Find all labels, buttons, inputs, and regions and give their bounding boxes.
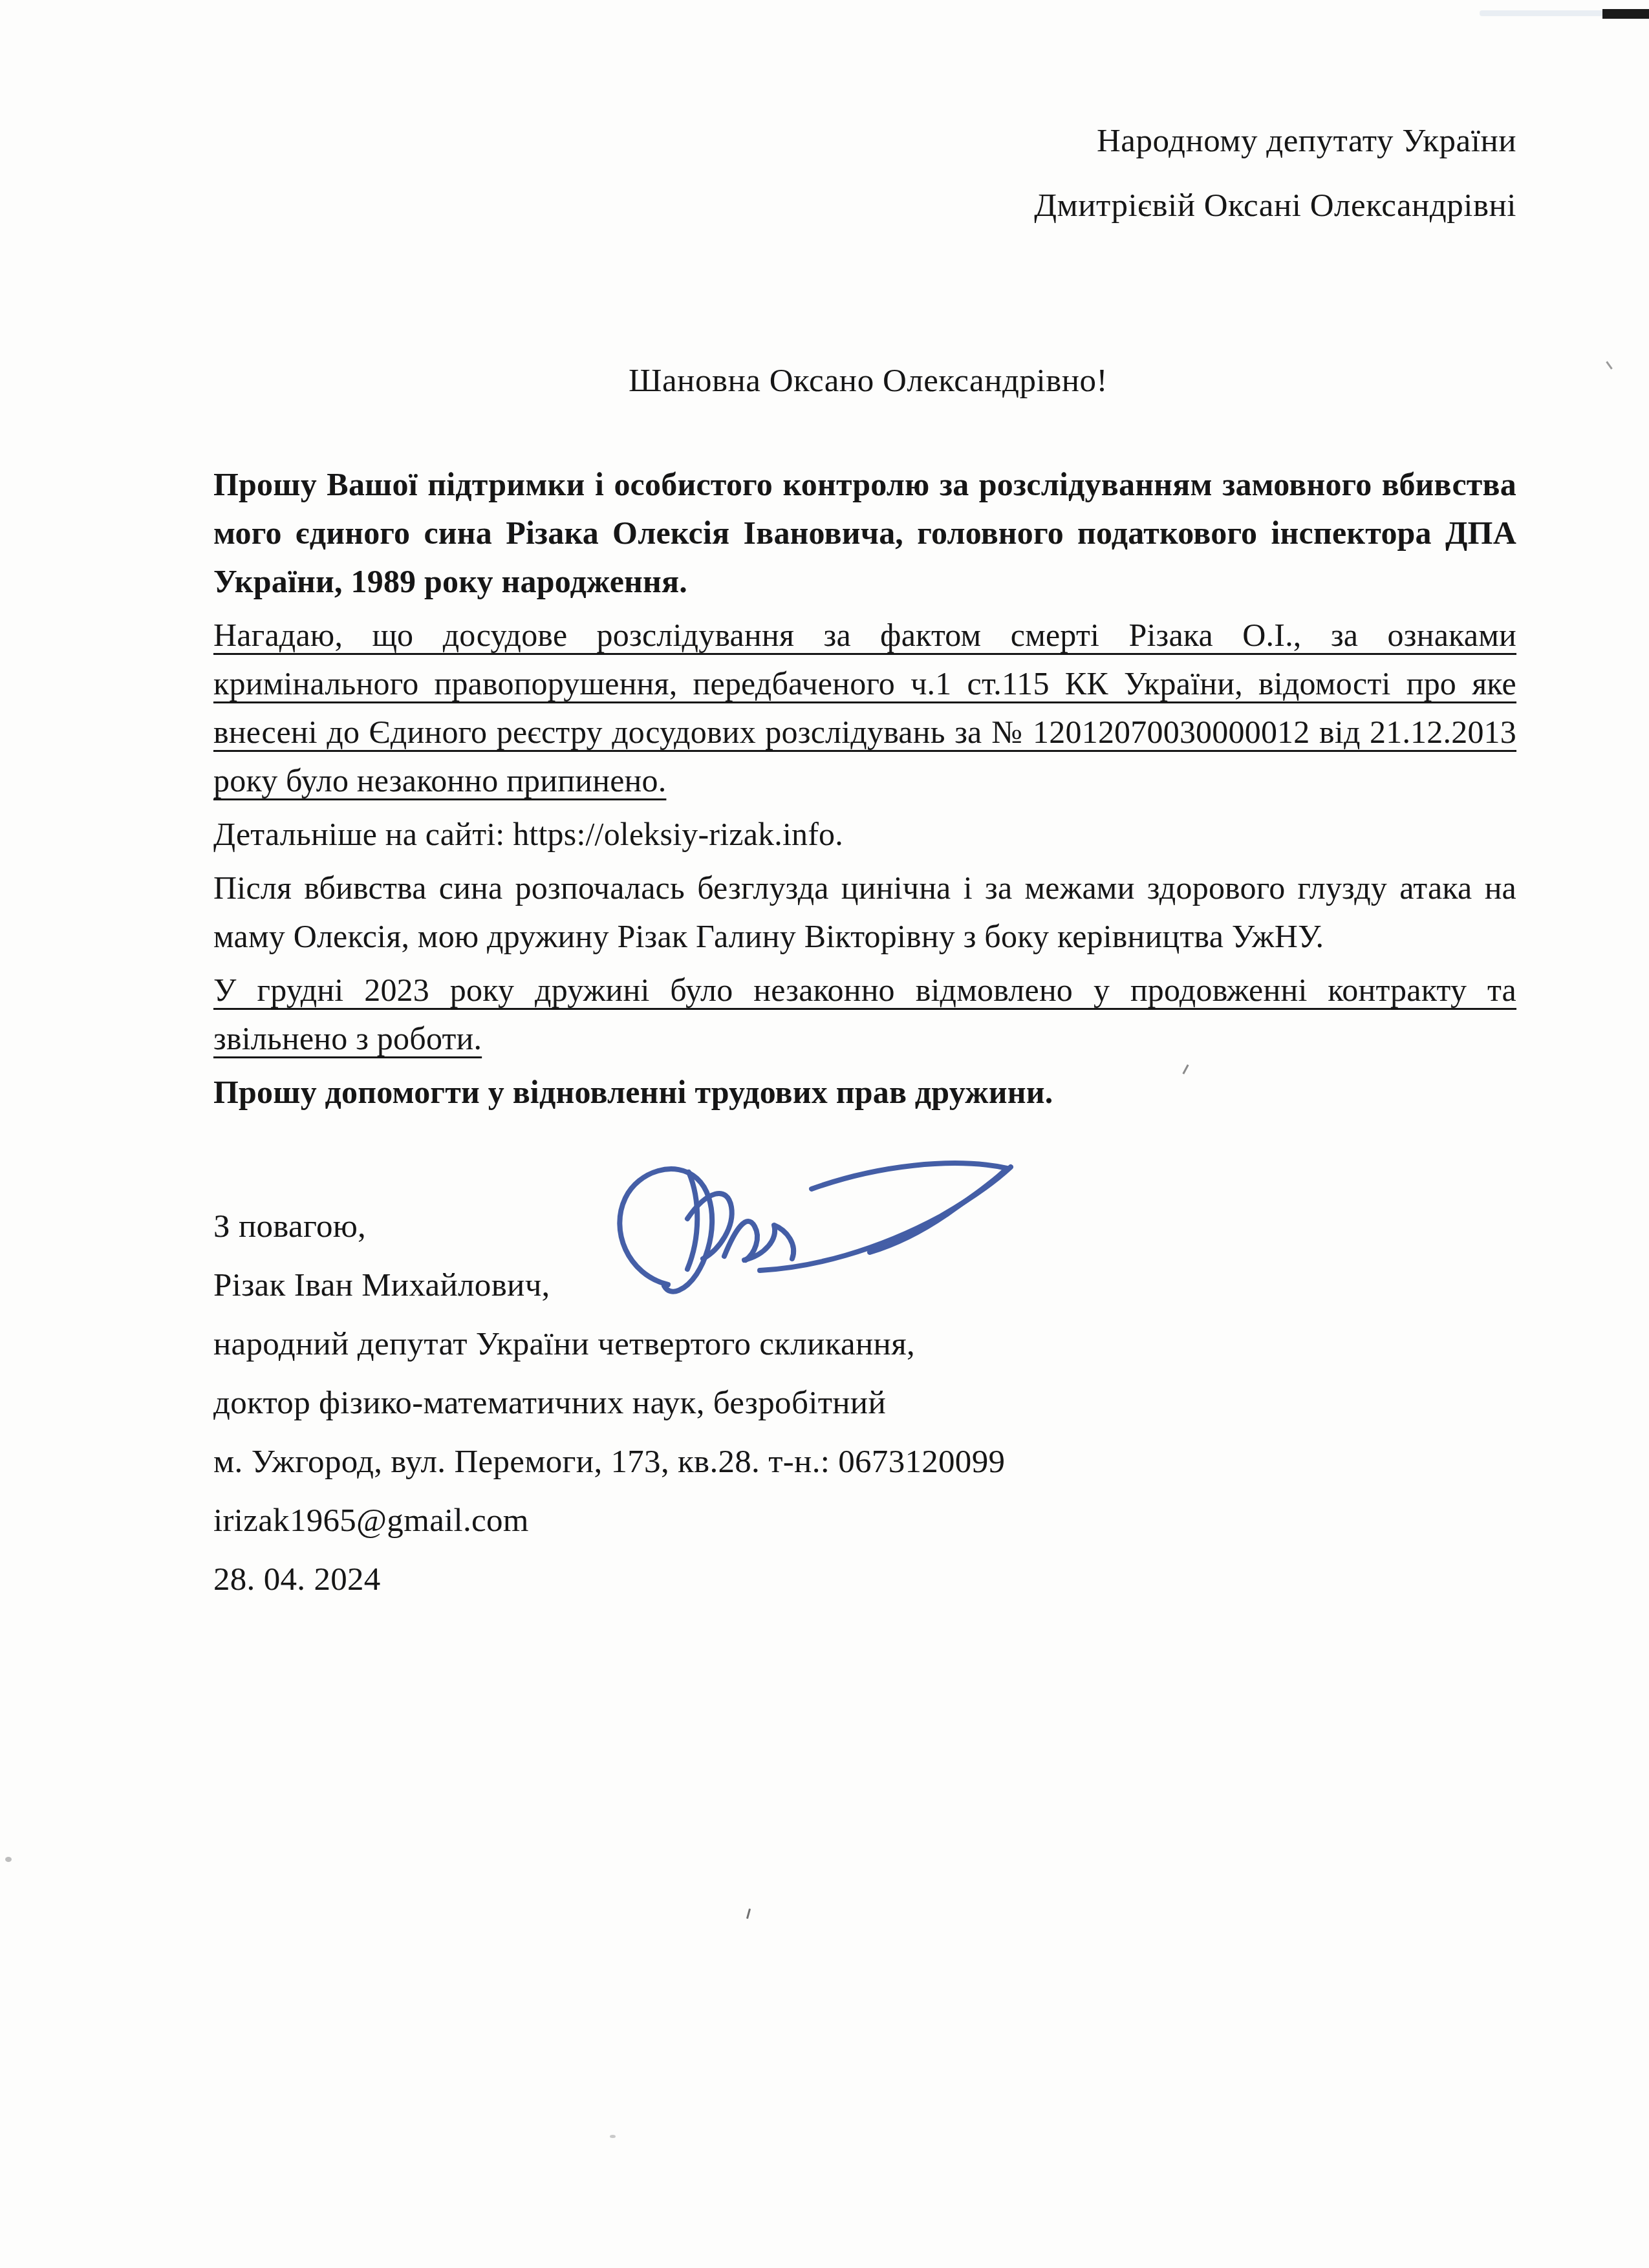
sender-role: народний депутат України четвертого скли…: [213, 1315, 1005, 1374]
paragraph-case-reminder: Нагадаю, що досудове розслідування за фа…: [213, 611, 1516, 805]
recipient-line-1: Народному депутату України: [1034, 109, 1516, 173]
handwritten-signature: [592, 1148, 1018, 1306]
paragraph-website: Детальніше на сайті: https://oleksiy-riz…: [213, 810, 1516, 859]
sender-email: irizak1965@gmail.com: [213, 1492, 1005, 1550]
scanned-letter-page: Народному депутату України Дмитрієвій Ок…: [0, 0, 1649, 2268]
scan-artifact-speck: [746, 1909, 751, 1919]
scan-artifact-speck: [610, 2135, 616, 2138]
letter-body: Прошу Вашої підтримки і особистого контр…: [213, 460, 1516, 1122]
sender-degree: доктор фізико-математичних наук, безробі…: [213, 1374, 1005, 1433]
scan-artifact-speck: [1606, 361, 1612, 369]
recipient-line-2: Дмитрієвій Оксані Олександрівні: [1034, 173, 1516, 238]
paragraph-support-request: Прошу Вашої підтримки і особистого контр…: [213, 460, 1516, 606]
scan-artifact-streak: [1480, 10, 1604, 16]
salutation: Шановна Оксано Олександрівно!: [629, 362, 1108, 400]
paragraph-dismissal: У грудні 2023 року дружині було незаконн…: [213, 966, 1516, 1063]
sender-address-phone: м. Ужгород, вул. Перемоги, 173, кв.28. т…: [213, 1433, 1005, 1492]
scan-artifact-bar: [1602, 9, 1649, 19]
paragraph-help-request: Прошу допомогти у відновленні трудових п…: [213, 1068, 1516, 1117]
letter-date: 28. 04. 2024: [213, 1550, 1005, 1609]
scan-artifact-speck: [5, 1857, 12, 1862]
recipient-block: Народному депутату України Дмитрієвій Ок…: [1034, 109, 1516, 238]
paragraph-attack: Після вбивства сина розпочалась безглузд…: [213, 864, 1516, 961]
